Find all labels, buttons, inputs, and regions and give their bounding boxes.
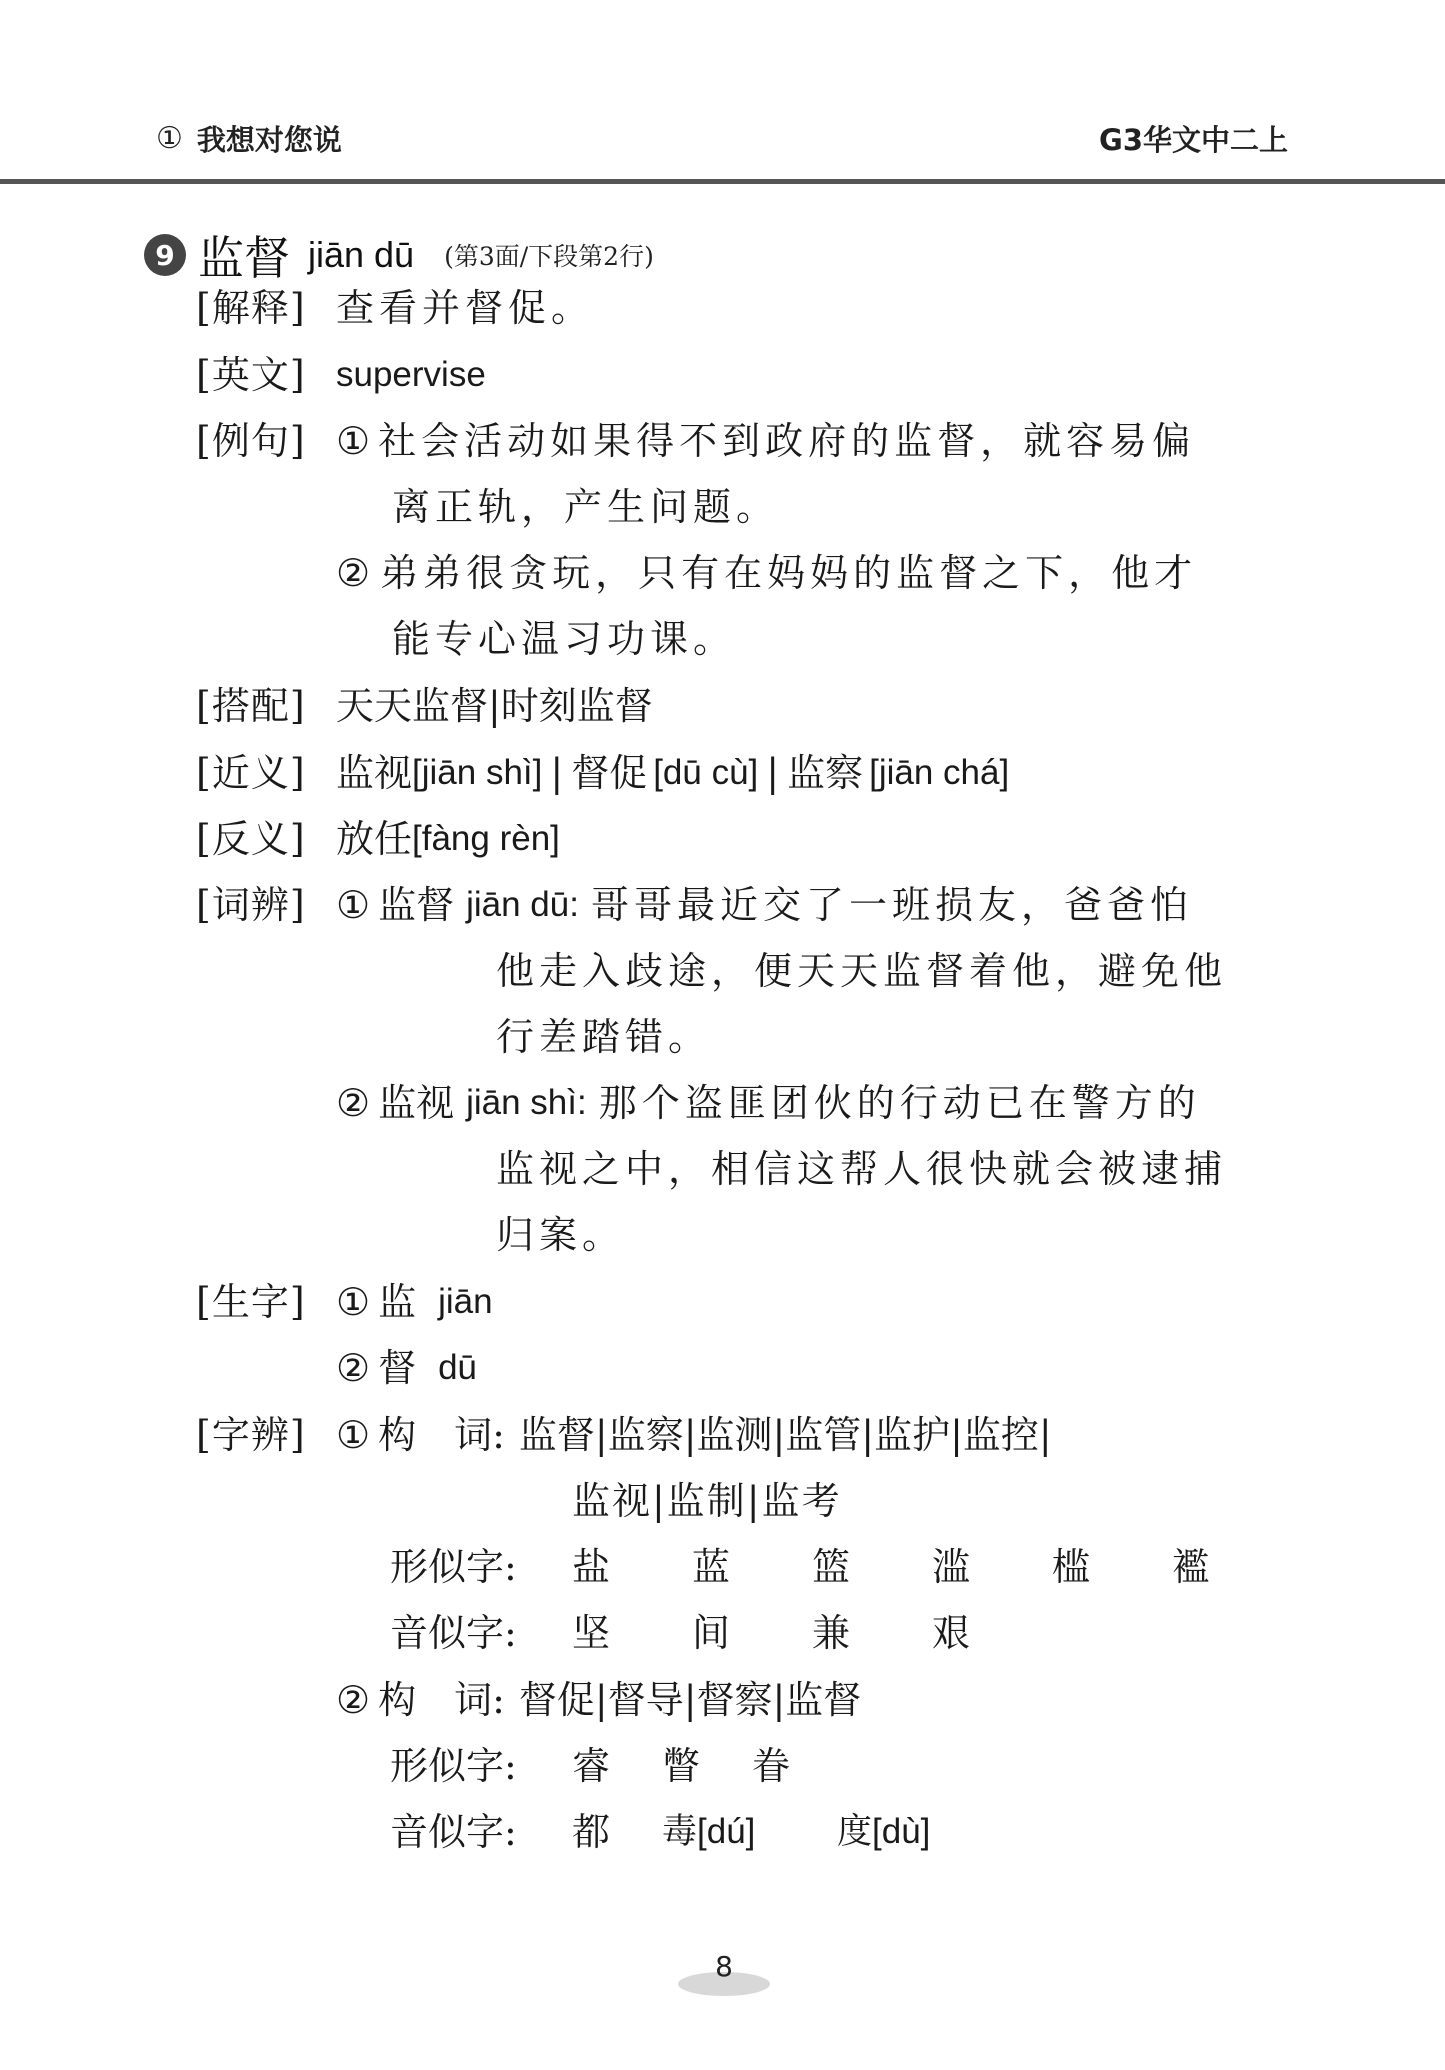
cd-2-compound-label: 构 词:: [378, 1675, 505, 1725]
synonym-1-word: 监视: [336, 748, 412, 798]
synonym-2-pinyin: [dū cù]: [653, 748, 758, 798]
nc-1-pinyin: jiān: [438, 1277, 492, 1327]
char: 瞥: [662, 1741, 752, 1791]
char: 眷: [752, 1741, 842, 1791]
char: 篮: [812, 1542, 932, 1592]
nc-2-pinyin: dū: [438, 1343, 477, 1393]
new-characters-tag: [生字]: [196, 1277, 336, 1327]
separator: |: [550, 748, 563, 798]
char: 间: [692, 1608, 812, 1658]
nc-2: ② 督 dū: [336, 1343, 477, 1393]
page-number: 8: [678, 1950, 770, 1983]
example-2-marker: ②: [336, 548, 372, 598]
chapter-heading: ① 我想对您说: [156, 118, 342, 159]
english-text: supervise: [336, 350, 486, 400]
synonym-1-pinyin: [jiān shì]: [412, 748, 542, 798]
example-2-line1: 弟弟很贪玩，只有在妈妈的监督之下，他才: [380, 548, 1197, 598]
english-row: [英文] supervise: [196, 350, 486, 400]
wd-2-line3: 归案。: [496, 1210, 625, 1260]
synonym-3-word: 监察: [787, 748, 863, 798]
example-1-marker: ①: [336, 416, 370, 466]
wd-1-marker: ①: [336, 880, 370, 930]
cd-2-similar-shape: 形似字: 睿 瞥 眷: [390, 1741, 842, 1791]
char: 兼: [812, 1608, 932, 1658]
char: 蓝: [692, 1542, 812, 1592]
entry-pinyin: jiān dū: [308, 234, 414, 276]
examples-tag: [例句]: [196, 416, 336, 466]
example-1-line1: 社会活动如果得不到政府的监督，就容易偏: [378, 416, 1195, 466]
cd-1-marker: ①: [336, 1410, 370, 1460]
examples-row: [例句] ① 社会活动如果得不到政府的监督，就容易偏: [196, 416, 1195, 466]
wd-2: ② 监视 jiān shì: 那个盗匪团伙的行动已在警方的: [336, 1078, 1201, 1128]
cd-2-compounds: ② 构 词: 督促|督导|督察|监督: [336, 1675, 861, 1725]
page-number-footer: 8: [678, 1950, 770, 1994]
example-2-line2: 能专心温习功课。: [392, 614, 736, 664]
char: 襤: [1172, 1542, 1292, 1592]
entry-word: 监督: [198, 222, 290, 288]
char: 盐: [572, 1542, 692, 1592]
wd-2-line2: 监视之中，相信这帮人很快就会被逮捕: [496, 1144, 1227, 1194]
char: 槛: [1052, 1542, 1172, 1592]
word-distinction-tag: [词辨]: [196, 880, 336, 930]
wd-2-line1: 那个盗匪团伙的行动已在警方的: [599, 1078, 1201, 1128]
antonym-1-pinyin: [fàng rèn]: [412, 814, 560, 864]
collocations-text: 天天监督|时刻监督: [336, 681, 653, 731]
character-distinction-tag: [字辨]: [196, 1410, 336, 1460]
header-divider: [0, 179, 1445, 184]
char: 艰: [932, 1608, 1052, 1658]
char: 睿: [572, 1741, 662, 1791]
wd-2-word: 监视: [378, 1078, 454, 1128]
synonyms-row: [近义] 监视 [jiān shì] | 督促 [dū cù] | 监察 [ji…: [196, 748, 1009, 798]
wd-1-line2: 他走入歧途，便天天监督着他，避免他: [496, 946, 1227, 996]
cd-1-similar-shape: 形似字: 盐 蓝 篮 滥 槛 襤: [390, 1542, 1292, 1592]
entry-number-badge: 9: [144, 234, 186, 276]
wd-2-marker: ②: [336, 1078, 370, 1128]
synonyms-tag: [近义]: [196, 748, 336, 798]
english-tag: [英文]: [196, 350, 336, 400]
wd-1-word: 监督: [378, 880, 454, 930]
entry-title: 9 监督 jiān dū (第3面/下段第2行): [144, 222, 654, 288]
wd-2-pinyin: jiān shì:: [466, 1078, 587, 1128]
page-header: ① 我想对您说 G3华文中二上: [0, 0, 1445, 185]
cd-1-compounds-line1: 监督|监察|监测|监管|监护|监控|: [519, 1410, 1052, 1460]
antonyms-tag: [反义]: [196, 814, 336, 864]
example-1-line2: 离正轨，产生问题。: [392, 482, 779, 532]
cd-2-compounds-line1: 督促|督导|督察|监督: [519, 1675, 861, 1725]
cd-1-similar-shape-label: 形似字:: [390, 1542, 572, 1592]
chapter-number: ①: [156, 121, 183, 156]
collocations-row: [搭配] 天天监督|时刻监督: [196, 681, 653, 731]
character-distinction-row: [字辨] ① 构 词: 监督|监察|监测|监管|监护|监控|: [196, 1410, 1052, 1460]
cd-2-similar-sound: 音似字: 都 毒[dú] 度[dù]: [390, 1807, 930, 1857]
separator: |: [766, 748, 779, 798]
collocations-tag: [搭配]: [196, 681, 336, 731]
chapter-title: 我想对您说: [197, 118, 342, 159]
cd-1-compound-label: 构 词:: [378, 1410, 505, 1460]
char: 都: [572, 1807, 662, 1857]
antonyms-row: [反义] 放任 [fàng rèn]: [196, 814, 560, 864]
definition-row: [解释] 查看并督促。: [196, 283, 594, 333]
nc-2-char: 督: [378, 1343, 416, 1393]
cd-1-compounds-line2: 监视|监制|监考: [572, 1476, 842, 1526]
nc-1-char: 监: [378, 1277, 416, 1327]
word-distinction-row: [词辨] ① 监督 jiān dū: 哥哥最近交了一班损友，爸爸怕: [196, 880, 1193, 930]
example-2: ② 弟弟很贪玩，只有在妈妈的监督之下，他才: [336, 548, 1197, 598]
wd-1-line3: 行差踏错。: [496, 1012, 711, 1062]
cd-2-similar-sound-label: 音似字:: [390, 1807, 572, 1857]
wd-1-pinyin: jiān dū:: [466, 880, 579, 930]
char: 坚: [572, 1608, 692, 1658]
cd-1-similar-sound-label: 音似字:: [390, 1608, 572, 1658]
cd-2-similar-shape-label: 形似字:: [390, 1741, 572, 1791]
char: 度[dù]: [837, 1807, 930, 1857]
cd-1-similar-sound: 音似字: 坚 间 兼 艰: [390, 1608, 1052, 1658]
synonym-3-pinyin: [jiān chá]: [869, 748, 1009, 798]
char: 毒[dú]: [662, 1807, 837, 1857]
book-title: G3华文中二上: [1099, 118, 1288, 159]
definition-tag: [解释]: [196, 283, 336, 333]
new-characters-row: [生字] ① 监 jiān: [196, 1277, 493, 1327]
antonym-1-word: 放任: [336, 814, 412, 864]
entry-reference: (第3面/下段第2行): [444, 237, 654, 273]
nc-2-marker: ②: [336, 1343, 370, 1393]
wd-1-line1: 哥哥最近交了一班损友，爸爸怕: [591, 880, 1193, 930]
definition-text: 查看并督促。: [336, 283, 594, 333]
char: 滥: [932, 1542, 1052, 1592]
cd-2-marker: ②: [336, 1675, 370, 1725]
nc-1-marker: ①: [336, 1277, 370, 1327]
synonym-2-word: 督促: [571, 748, 647, 798]
